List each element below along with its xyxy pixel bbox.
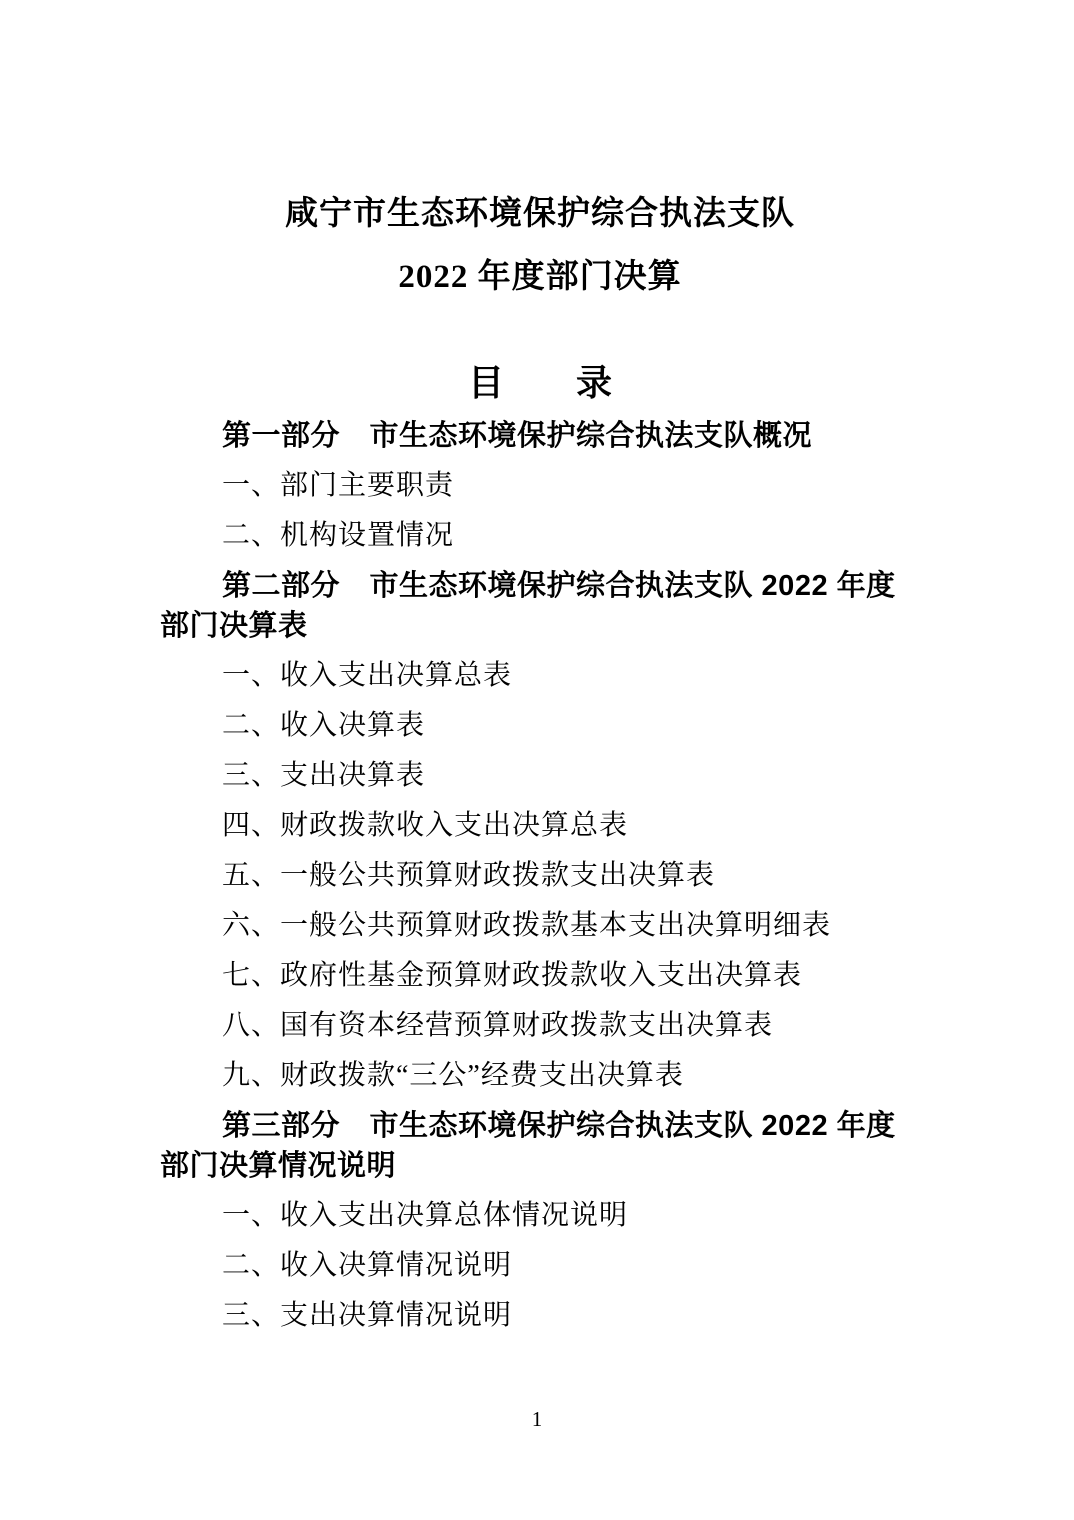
toc-part-2-item-1: 一、收入支出决算总表 <box>160 656 920 696</box>
toc-part-3-item-3: 三、支出决算情况说明 <box>160 1296 920 1336</box>
toc-part-1-item-2: 二、机构设置情况 <box>160 516 920 556</box>
toc-part-2-item-8: 八、国有资本经营预算财政拨款支出决算表 <box>160 1006 920 1046</box>
toc-part-2-item-6: 六、一般公共预算财政拨款基本支出决算明细表 <box>160 906 920 946</box>
toc-part-2-item-4: 四、财政拨款收入支出决算总表 <box>160 806 920 846</box>
toc-part-2-item-2: 二、收入决算表 <box>160 706 920 746</box>
toc-part-2-item-3: 三、支出决算表 <box>160 756 920 796</box>
toc-part-3-heading: 第三部分 市生态环境保护综合执法支队 2022 年度部门决算情况说明 <box>160 1106 920 1186</box>
toc-part-2-item-5: 五、一般公共预算财政拨款支出决算表 <box>160 856 920 896</box>
toc-heading: 目 录 <box>160 359 920 407</box>
toc-part-3-item-1: 一、收入支出决算总体情况说明 <box>160 1196 920 1236</box>
document-content: 咸宁市生态环境保护综合执法支队 2022 年度部门决算 目 录 第一部分 市生态… <box>0 0 1074 1336</box>
toc-part-2-item-9: 九、财政拨款“三公”经费支出决算表 <box>160 1056 920 1096</box>
toc-part-1-item-1: 一、部门主要职责 <box>160 466 920 506</box>
page-number: 1 <box>0 1406 1074 1432</box>
toc-part-1-heading: 第一部分 市生态环境保护综合执法支队概况 <box>160 416 920 456</box>
document-page: 咸宁市生态环境保护综合执法支队 2022 年度部门决算 目 录 第一部分 市生态… <box>0 0 1074 1520</box>
toc-list: 第一部分 市生态环境保护综合执法支队概况 一、部门主要职责 二、机构设置情况 第… <box>160 416 920 1336</box>
toc-part-2-item-7: 七、政府性基金预算财政拨款收入支出决算表 <box>160 956 920 996</box>
toc-part-3-item-2: 二、收入决算情况说明 <box>160 1246 920 1286</box>
document-title-line2: 2022 年度部门决算 <box>160 254 920 300</box>
document-title-line1: 咸宁市生态环境保护综合执法支队 <box>160 0 920 237</box>
toc-part-2-heading: 第二部分 市生态环境保护综合执法支队 2022 年度部门决算表 <box>160 566 920 646</box>
